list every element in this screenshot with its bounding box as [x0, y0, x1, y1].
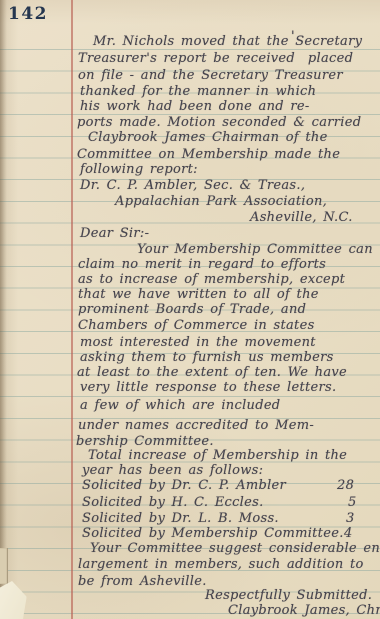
handwriting-line: Solicited by Dr. C. P. Ambler28 — [82, 479, 286, 493]
tally-count: 4 — [344, 527, 353, 541]
handwriting-line: Mr. Nichols moved that the Secretary — [93, 35, 362, 49]
handwriting-line: a few of which are included — [80, 399, 280, 413]
handwriting-line: Dr. C. P. Ambler, Sec. & Treas., — [80, 179, 305, 193]
handwriting-line: Solicited by H. C. Eccles.5 — [82, 496, 264, 510]
handwriting-line: ports made. Motion seconded & carried — [77, 116, 361, 130]
handwriting-line: his work had been done and re- — [80, 100, 310, 114]
handwriting-line: claim no merit in regard to efforts — [78, 258, 326, 272]
ledger-page: 142 'Mr. Nichols moved that the Secretar… — [0, 0, 380, 619]
handwriting-line: Asheville, N.C. — [250, 211, 353, 225]
handwriting-line: largement in members, such addition to — [78, 558, 364, 572]
handwriting-line: prominent Boards of Trade, and — [78, 303, 306, 317]
handwriting-line: on file - and the Secretary Treasurer — [78, 69, 343, 83]
handwriting-line: Solicited by Membership Committee.4 — [82, 527, 344, 541]
handwriting-line: Respectfully Submitted. — [205, 589, 372, 603]
handwriting-line: Dear Sir:- — [80, 227, 149, 241]
tally-count: 5 — [348, 496, 357, 510]
handwriting-line: most interested in the movement — [80, 336, 316, 350]
handwriting-line: very little response to these letters. — [80, 381, 336, 395]
handwriting-line: Total increase of Membership in the — [88, 449, 347, 463]
handwriting-line: Treasurer's report be received placed — [78, 52, 353, 66]
handwriting-line: Claybrook James, Chm. — [228, 604, 380, 618]
handwriting-line: Committee on Membership made the — [77, 148, 340, 162]
handwriting-line: as to increase of membership, except — [78, 273, 345, 287]
handwriting-line: Your Membership Committee can — [137, 243, 373, 257]
handwriting-line: under names accredited to Mem- — [78, 419, 314, 433]
handwriting-line: Chambers of Commerce in states — [78, 319, 315, 333]
handwriting-line: be from Asheville. — [78, 575, 207, 589]
handwriting-line: following report: — [80, 163, 198, 177]
handwriting-line: thanked for the manner in which — [80, 85, 316, 99]
handwriting-line: at least to the extent of ten. We have — [77, 366, 347, 380]
handwriting-line: asking them to furnish us members — [80, 351, 334, 365]
handwriting-line: that we have written to all of the — [78, 288, 319, 302]
tally-count: 3 — [346, 512, 355, 526]
handwriting-line: Solicited by Dr. L. B. Moss.3 — [82, 512, 279, 526]
handwriting-line: Your Committee suggest considerable en- — [90, 542, 380, 556]
handwriting-line: Appalachian Park Association, — [115, 195, 327, 209]
handwriting-line: Claybrook James Chairman of the — [88, 131, 328, 145]
handwriting-line: year has been as follows: — [82, 464, 263, 478]
handwriting-layer: 'Mr. Nichols moved that the SecretaryTre… — [0, 0, 380, 619]
handwriting-line: bership Committee. — [76, 435, 214, 449]
tally-count: 28 — [337, 479, 354, 493]
